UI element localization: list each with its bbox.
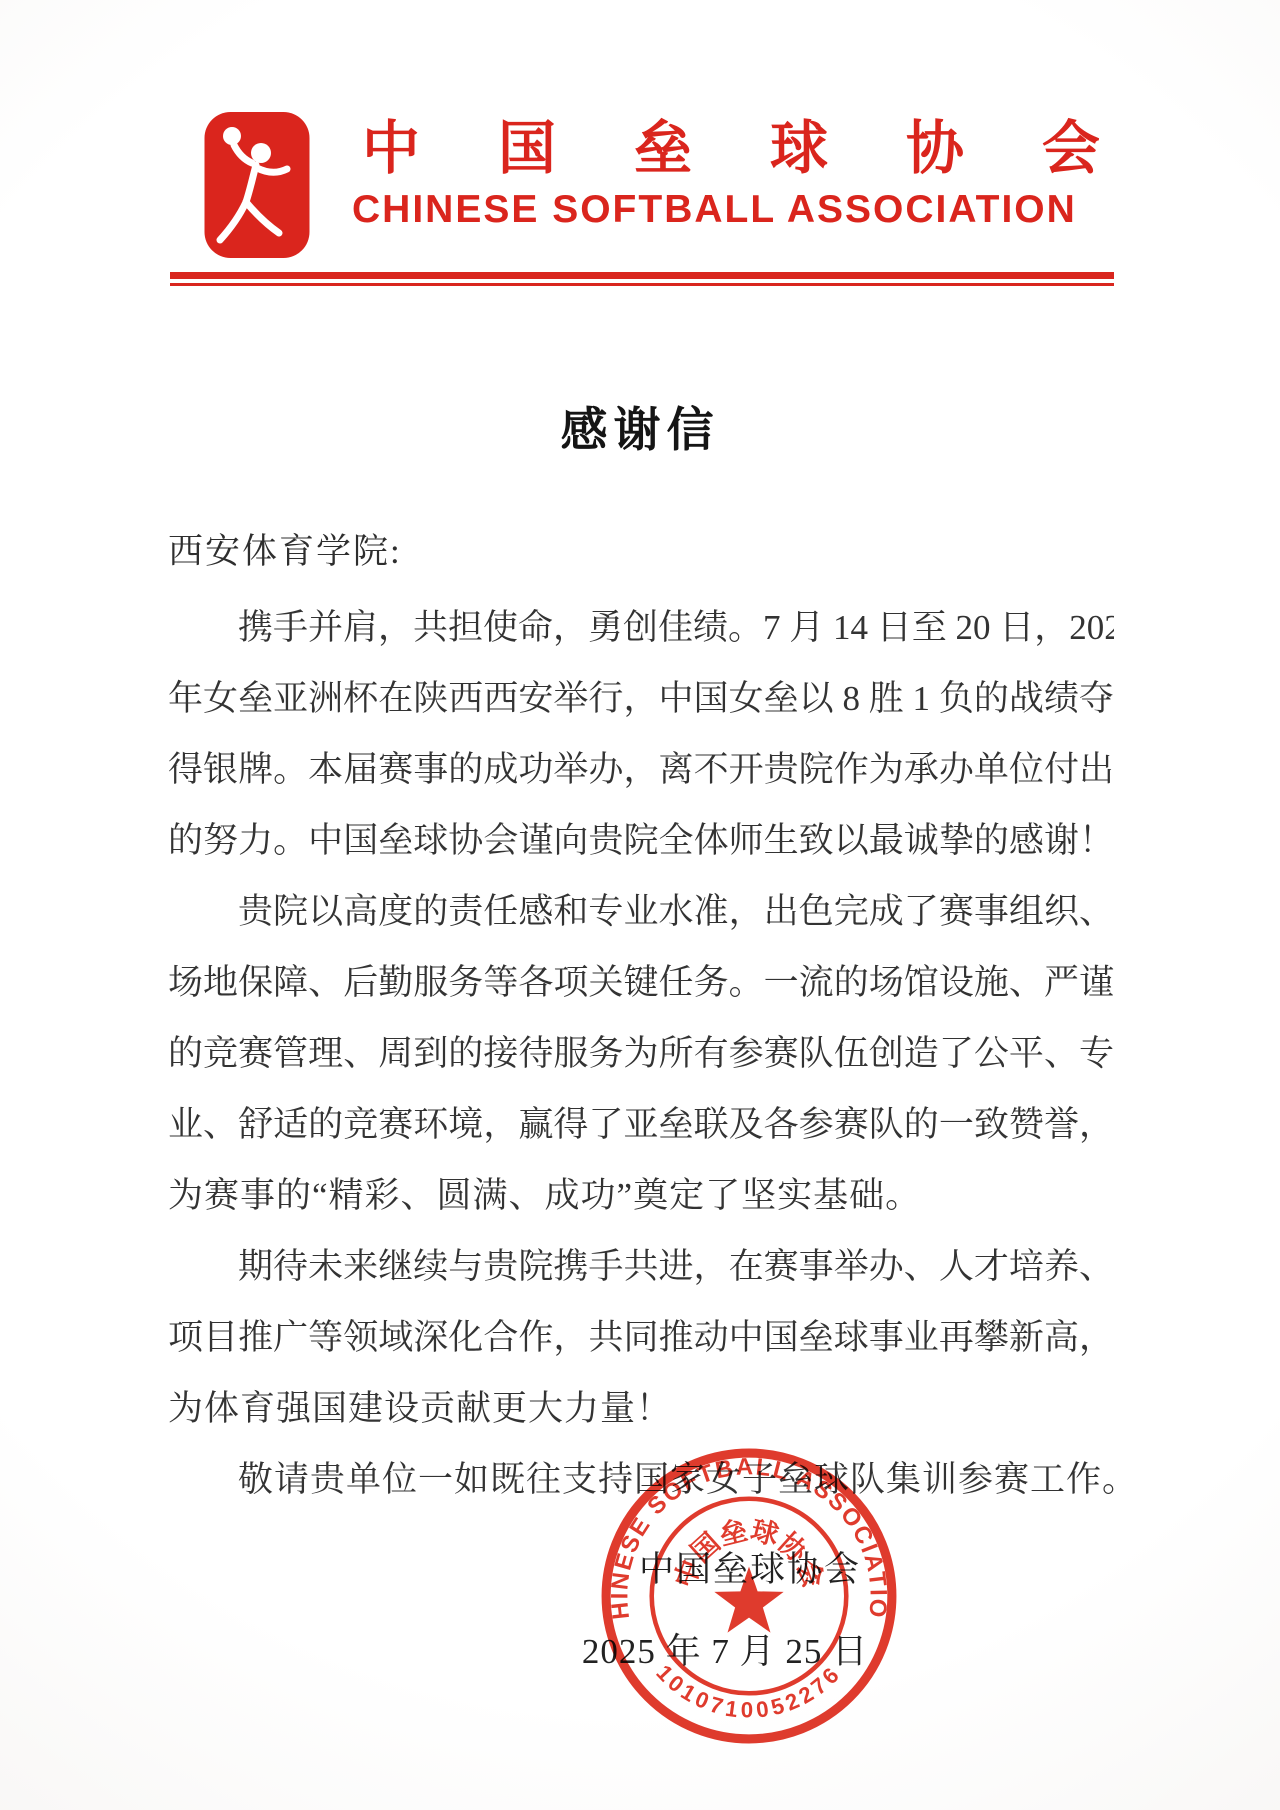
letter-line: 的努力。中国垒球协会谨向贵院全体师生致以最诚挚的感谢！ [168, 805, 1114, 876]
paragraph-1: 携手并肩，共担使命，勇创佳绩。7 月 14 日至 20 日，2025 年女垒亚洲… [168, 592, 1114, 876]
association-name-chinese: 中 国 垒 球 协 会 [362, 116, 1100, 182]
cn-char: 协 [906, 120, 964, 178]
cn-char: 中 [362, 120, 420, 178]
letter-line: 的竞赛管理、周到的接待服务为所有参赛队伍创造了公平、专 [168, 1018, 1114, 1089]
cn-char: 国 [498, 120, 556, 178]
letter-line: 年女垒亚洲杯在陕西西安举行，中国女垒以 8 胜 1 负的战绩夺 [168, 663, 1114, 734]
association-name-english: CHINESE SOFTBALL ASSOCIATION [352, 188, 1112, 232]
letter-line: 项目推广等领域深化合作，共同推动中国垒球事业再攀新高， [168, 1302, 1114, 1373]
letter-line: 携手并肩，共担使命，勇创佳绩。7 月 14 日至 20 日，2025 [168, 592, 1114, 663]
letter-page: 中 国 垒 球 协 会 CHINESE SOFTBALL ASSOCIATION… [0, 0, 1280, 1810]
letter-line: 场地保障、后勤服务等各项关键任务。一流的场馆设施、严谨 [168, 947, 1114, 1018]
official-seal-stamp: CHINESE SOFTBALL ASSOCIATION 10107100522… [597, 1444, 901, 1748]
cn-char: 球 [770, 120, 828, 178]
salutation: 西安体育学院: [168, 524, 402, 574]
paragraph-2: 贵院以高度的责任感和专业水准，出色完成了赛事组织、 场地保障、后勤服务等各项关键… [168, 876, 1114, 1231]
letter-line: 业、舒适的竞赛环境，赢得了亚垒联及各参赛队的一致赞誉， [168, 1089, 1114, 1160]
star-icon [714, 1567, 783, 1633]
letter-title: 感谢信 [0, 393, 1280, 460]
cn-char: 会 [1042, 120, 1100, 178]
pitcher-head [251, 143, 271, 163]
letter-line: 为体育强国建设贡献更大力量！ [168, 1373, 1114, 1444]
letter-line: 期待未来继续与贵院携手共进，在赛事举办、人才培养、 [168, 1231, 1114, 1302]
letter-line: 贵院以高度的责任感和专业水准，出色完成了赛事组织、 [168, 876, 1114, 947]
letter-line: 为赛事的“精彩、圆满、成功”奠定了坚实基础。 [168, 1160, 1114, 1231]
svg-text:垒: 垒 [716, 1514, 751, 1551]
softball-association-logo [203, 110, 311, 260]
paragraph-3: 期待未来继续与贵院携手共进，在赛事举办、人才培养、 项目推广等领域深化合作，共同… [168, 1231, 1114, 1444]
letter-line: 得银牌。本届赛事的成功举办，离不开贵院作为承办单位付出 [168, 734, 1114, 805]
cn-char: 垒 [634, 120, 692, 178]
letter-body: 携手并肩，共担使命，勇创佳绩。7 月 14 日至 20 日，2025 年女垒亚洲… [168, 592, 1114, 1515]
header-divider-double-rule [170, 272, 1114, 289]
